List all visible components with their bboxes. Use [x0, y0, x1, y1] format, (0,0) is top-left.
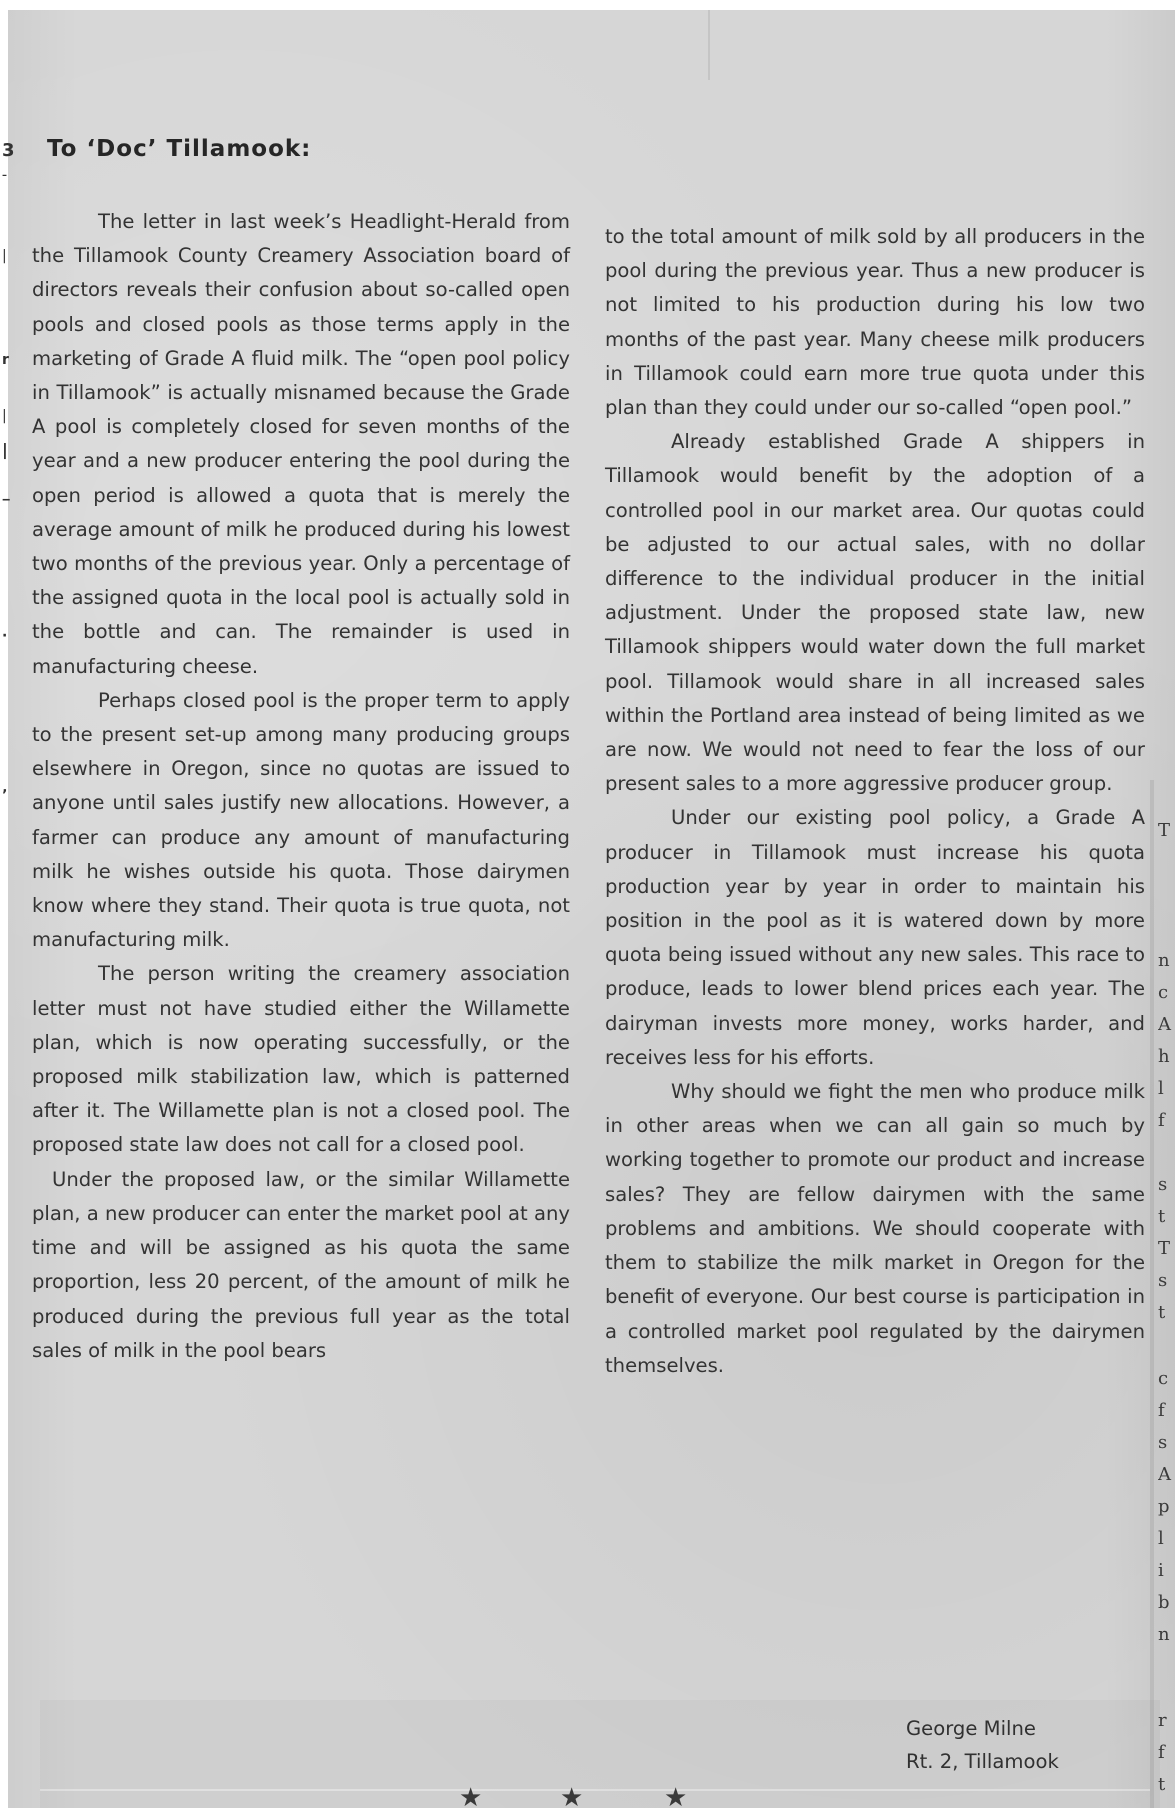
letter-paragraph: Under the proposed law, or the similar W… [32, 1163, 570, 1368]
margin-fragment: T [1158, 820, 1170, 841]
margin-fragment: f [1158, 1400, 1165, 1421]
margin-fragment: n [1158, 950, 1170, 971]
paper-fold-mark [708, 10, 710, 80]
bottom-rule [40, 1789, 1150, 1791]
letter-column-left: The letter in last week’s Headlight-Hera… [32, 205, 570, 1368]
margin-fragment: | [2, 248, 7, 264]
margin-fragment: t [1158, 1302, 1165, 1323]
star-icon: ★ [459, 1785, 482, 1808]
margin-fragment: ‚ [2, 780, 7, 796]
margin-fragment: A [1158, 1014, 1171, 1035]
next-column-fragments: T n c A h l f s t T s t c f s A p l i b … [1158, 780, 1175, 1808]
margin-fragment: 3 [2, 140, 15, 161]
letter-paragraph: Perhaps closed pool is the proper term t… [32, 684, 570, 958]
letter-paragraph: The person writing the creamery associat… [32, 957, 570, 1162]
margin-fragment: s [1158, 1432, 1167, 1453]
letter-heading: To ‘Doc’ Tillamook: [47, 136, 311, 162]
margin-fragment: i [1158, 1560, 1164, 1581]
margin-fragment: A [1158, 1464, 1171, 1485]
margin-fragment: t [1158, 1206, 1165, 1227]
letter-paragraph: The letter in last week’s Headlight-Hera… [32, 205, 570, 684]
star-icon: ★ [560, 1785, 583, 1808]
margin-fragment: – [2, 170, 7, 181]
margin-fragment: b [1158, 1592, 1170, 1613]
margin-fragment: p [1158, 1496, 1170, 1517]
letter-paragraph: Why should we fight the men who produce … [605, 1075, 1145, 1383]
margin-fragment: s [1158, 1174, 1167, 1195]
margin-fragment: | [2, 440, 8, 459]
margin-fragment: c [1158, 982, 1168, 1003]
margin-fragment: · [2, 628, 7, 644]
star-icon: ★ [664, 1785, 687, 1808]
letter-column-right: to the total amount of milk sold by all … [605, 220, 1145, 1383]
margin-fragment: n [1158, 1624, 1170, 1645]
letter-paragraph: Under our existing pool policy, a Grade … [605, 801, 1145, 1075]
margin-fragment: ‒ [2, 492, 10, 506]
margin-fragment: l [1158, 1078, 1164, 1099]
margin-fragment: h [1158, 1046, 1170, 1067]
margin-fragment: l [1158, 1528, 1164, 1549]
margin-fragment: T [1158, 1238, 1170, 1259]
letter-paragraph: to the total amount of milk sold by all … [605, 220, 1145, 425]
margin-fragment: s [1158, 1270, 1167, 1291]
margin-fragment: | [2, 408, 7, 424]
margin-fragment: c [1158, 1368, 1168, 1389]
margin-fragment: f [1158, 1110, 1165, 1131]
margin-fragment: r [2, 352, 9, 368]
bottom-shaded-band [40, 1700, 1160, 1808]
letter-paragraph: Already established Grade A shippers in … [605, 425, 1145, 801]
column-divider [1150, 780, 1154, 1808]
